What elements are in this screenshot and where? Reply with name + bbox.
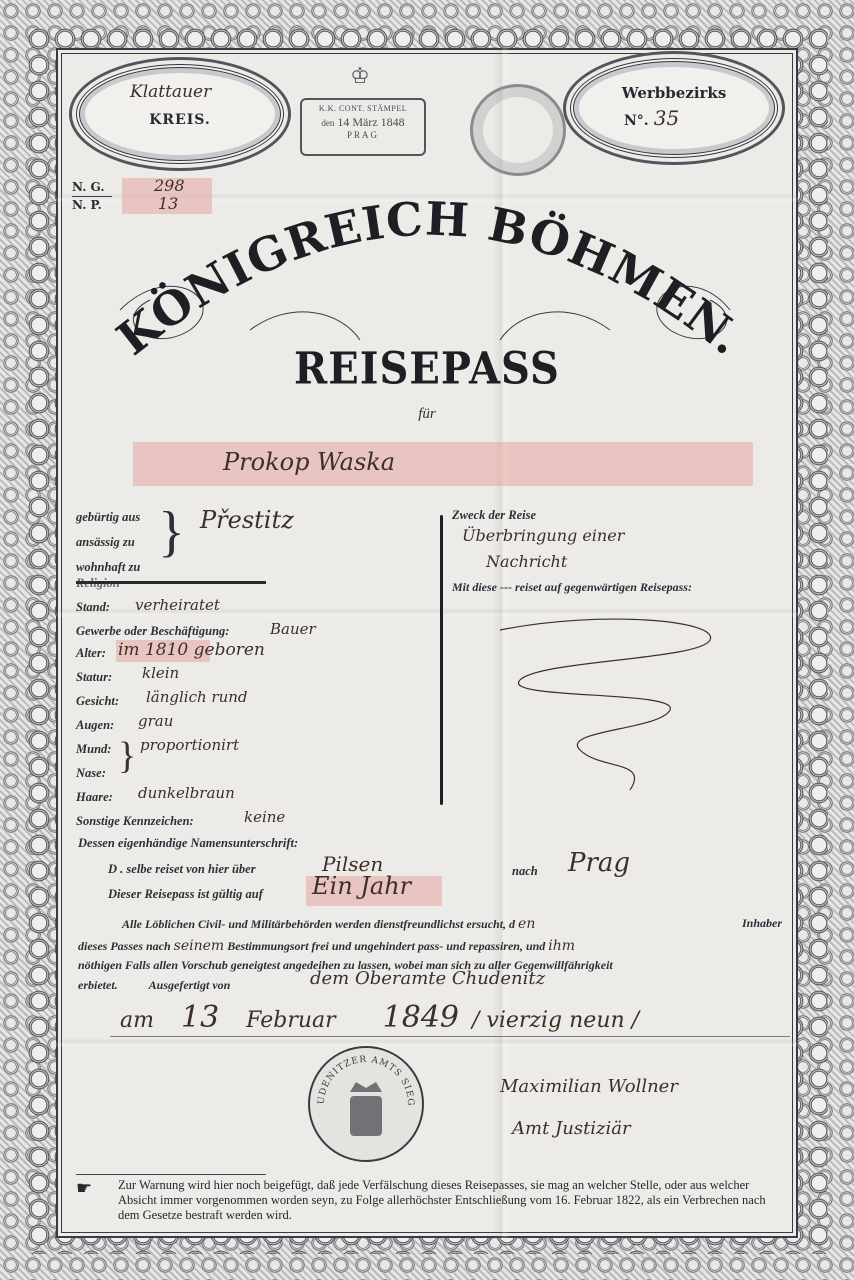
- signature-justiziar: Amt Justiziär: [512, 1118, 631, 1139]
- issue-date: am 13 Februar 1849 / vierzig neun /: [120, 1000, 639, 1035]
- field-value-augen: grau: [138, 712, 173, 730]
- brace-icon: }: [118, 736, 136, 776]
- tax-stamp-place: PRAG: [302, 130, 424, 140]
- svg-text:KÖNIGREICH BÖHMEN.: KÖNIGREICH BÖHMEN.: [110, 191, 750, 365]
- footer-rule: [76, 1174, 266, 1175]
- request-line2: dieses Passes nach seinem Bestimmungsort…: [78, 938, 575, 954]
- np-label: N. P.: [72, 198, 102, 212]
- flourish-decoration: [480, 600, 760, 800]
- field-value-haare: dunkelbraun: [138, 784, 235, 802]
- field-value-gewerbe: Bauer: [270, 620, 316, 638]
- field-value-alter: im 1810 geboren: [118, 640, 265, 660]
- field-value-kennzeichen: keine: [244, 808, 285, 826]
- zweck-value-line1: Überbringung einer: [462, 526, 624, 545]
- field-label-ansaessig: ansässig zu: [76, 535, 135, 550]
- ausgefertigt-value: dem Oberamte Chudenitz: [310, 968, 545, 989]
- official-seal: CHUDENITZER AMTS SIEGEL: [308, 1046, 424, 1162]
- field-value-statur: klein: [142, 664, 179, 682]
- horizontal-fold: [56, 1038, 798, 1048]
- reiset-label: D . selbe reiset von hier über: [108, 862, 256, 877]
- field-label-gesicht: Gesicht:: [76, 694, 119, 709]
- field-label-nase: Nase:: [76, 766, 106, 781]
- field-label-gewerbe: Gewerbe oder Beschäftigung:: [76, 624, 229, 639]
- field-label-augen: Augen:: [76, 718, 114, 733]
- crown-icon: ♔: [340, 64, 380, 94]
- footer-warning: Zur Warnung wird hier noch beigefügt, da…: [118, 1178, 788, 1223]
- field-label-alter: Alter:: [76, 646, 106, 661]
- field-value-gesicht: länglich rund: [146, 688, 248, 706]
- date-underline: [110, 1036, 790, 1037]
- namensunterschrift-label: Dessen eigenhändige Namensunterschrift:: [78, 836, 298, 851]
- reisepass-title: REISEPASS: [0, 343, 854, 395]
- pointing-hand-icon: ☛: [76, 1180, 92, 1198]
- zweck-value-line2: Nachricht: [486, 552, 567, 571]
- gueltig-label: Dieser Reisepass ist gültig auf: [108, 887, 263, 902]
- field-value-mund: proportionirt: [140, 736, 239, 754]
- holder-name: Prokop Waska: [223, 448, 395, 476]
- ng-divider: [72, 196, 112, 197]
- title-arc: KÖNIGREICH BÖHMEN.: [110, 180, 750, 370]
- kreis-label: KREIS.: [80, 112, 280, 128]
- tax-stamp: K.K. CONT. STÄMPEL den 14 März 1848 PRAG: [300, 98, 426, 156]
- werbbezirk-number-value: 35: [654, 106, 679, 130]
- kreis-handwritten: Klattauer: [130, 82, 211, 102]
- kreis-oval: Klattauer KREIS.: [76, 64, 284, 164]
- tax-stamp-den: den: [321, 118, 334, 128]
- column-divider: [440, 515, 443, 805]
- nach-label: nach: [512, 864, 538, 879]
- religion-strike: [76, 581, 266, 584]
- tax-stamp-date: 14 März 1848: [337, 115, 404, 129]
- werbbezirk-label: Werbbezirks: [574, 84, 774, 102]
- field-label-wohnhaft: wohnhaft zu: [76, 560, 140, 575]
- tax-stamp-line1: K.K. CONT. STÄMPEL: [302, 104, 424, 113]
- brace-icon: }: [158, 502, 185, 562]
- field-label-gebuertig: gebürtig aus: [76, 510, 140, 525]
- werbbezirk-number-label: N°.: [624, 113, 649, 129]
- field-value-stand: verheiratet: [135, 596, 220, 614]
- request-line4: erbietet. Ausgefertigt von: [78, 978, 230, 993]
- title-arc-text: KÖNIGREICH BÖHMEN.: [110, 191, 750, 365]
- field-label-stand: Stand:: [76, 600, 110, 615]
- gueltig-value: Ein Jahr: [312, 872, 411, 900]
- request-line1: Alle Löblichen Civil- und Militärbehörde…: [122, 916, 535, 932]
- field-label-statur: Statur:: [76, 670, 112, 685]
- signature-official: Maximilian Wollner: [500, 1076, 678, 1097]
- field-label-mund: Mund:: [76, 742, 111, 757]
- holder-name-field: Prokop Waska: [133, 442, 753, 486]
- field-label-haare: Haare:: [76, 790, 113, 805]
- fuer-label: für: [0, 406, 854, 423]
- field-label-kennzeichen: Sonstige Kennzeichen:: [76, 814, 194, 829]
- mit-label: Mit diese --- reiset auf gegenwärtigen R…: [452, 580, 692, 595]
- embossed-seal: [470, 84, 566, 176]
- werbbezirk-oval: Werbbezirks N°. 35: [570, 58, 778, 158]
- field-value-gebuertig: Přestitz: [200, 506, 294, 534]
- nach-value: Prag: [568, 848, 630, 878]
- seal-ring-text: CHUDENITZER AMTS SIEGEL: [310, 1048, 422, 1160]
- zweck-label: Zweck der Reise: [452, 508, 536, 523]
- ng-label: N. G.: [72, 180, 105, 194]
- passport-sheet: Klattauer KREIS. ♔ K.K. CONT. STÄMPEL de…: [0, 0, 854, 1280]
